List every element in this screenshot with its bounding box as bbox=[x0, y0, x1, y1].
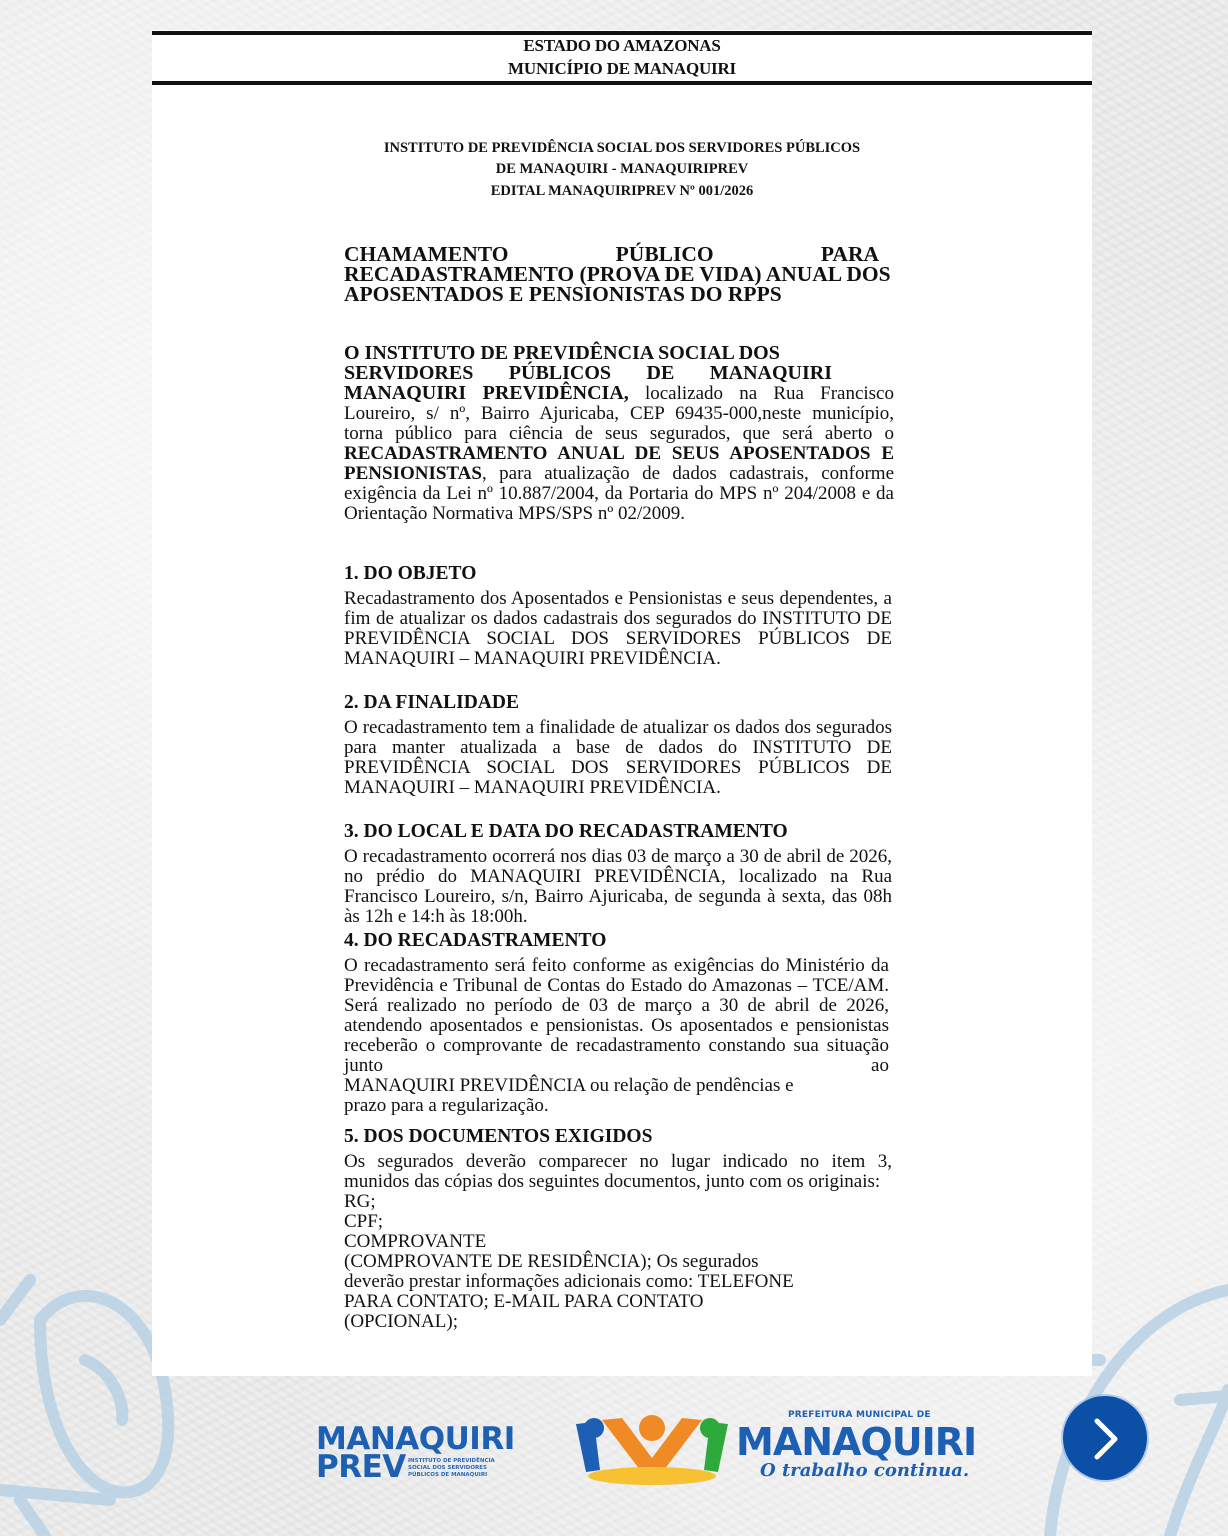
prefeitura-name: MANAQUIRI bbox=[736, 1422, 976, 1462]
prev-tagline-2: SOCIAL DOS SERVIDORES bbox=[408, 1465, 495, 1472]
edital-number: EDITAL MANAQUIRIPREV Nº 001/2026 bbox=[352, 181, 892, 203]
intro-paragraph: O INSTITUTO DE PREVIDÊNCIA SOCIAL DOS SE… bbox=[344, 343, 894, 524]
prev-tagline-3: PÚBLICOS DE MANAQUIRI bbox=[408, 1472, 495, 1479]
intro-bold-1: O INSTITUTO DE PREVIDÊNCIA SOCIAL DOS bbox=[344, 343, 894, 363]
prefeitura-label: PREFEITURA MUNICIPAL DE bbox=[788, 1410, 931, 1420]
section-2-body: O recadastramento tem a finalidade de at… bbox=[344, 718, 892, 798]
title-word-3: PARA bbox=[821, 244, 879, 264]
manaquiri-prev-logo: MANAQUIRI PREV INSTITUTO DE PREVIDÊNCIA … bbox=[316, 1424, 516, 1484]
section-4-body-tail-2: prazo para a regularização. bbox=[344, 1096, 892, 1116]
section-4-body-main: O recadastramento será feito conforme as… bbox=[344, 956, 889, 1076]
document-item-comprovante: COMPROVANTE bbox=[344, 1232, 892, 1252]
document-title: CHAMAMENTO PÚBLICO PARA RECADASTRAMENTO … bbox=[344, 244, 892, 304]
header-rule-bottom bbox=[152, 81, 1092, 85]
document-item-rg: RG; bbox=[344, 1192, 892, 1212]
prev-logo-tagline: INSTITUTO DE PREVIDÊNCIA SOCIAL DOS SERV… bbox=[408, 1458, 495, 1479]
institute-name-line2: DE MANAQUIRI - MANAQUIRIPREV bbox=[352, 159, 892, 181]
next-button[interactable] bbox=[1063, 1396, 1147, 1480]
document-item-contact: PARA CONTATO; E-MAIL PARA CONTATO bbox=[344, 1292, 892, 1312]
section-1-body: Recadastramento dos Aposentados e Pensio… bbox=[344, 589, 892, 669]
section-1-heading: 1. DO OBJETO bbox=[344, 563, 892, 585]
prefeitura-slogan: O trabalho continua. bbox=[760, 1460, 969, 1481]
intro-bold-2: SERVIDORES PÚBLICOS DE MANAQUIRI bbox=[344, 363, 832, 383]
section-4-heading: 4. DO RECADASTRAMENTO bbox=[344, 930, 892, 952]
intro-bold-3: MANAQUIRI PREVIDÊNCIA, bbox=[344, 382, 629, 404]
header-state: ESTADO DO AMAZONAS bbox=[152, 35, 1092, 57]
prev-logo-word-2: PREV bbox=[316, 1452, 406, 1482]
section-2-heading: 2. DA FINALIDADE bbox=[344, 692, 892, 714]
section-5-body: Os segurados deverão comparecer no lugar… bbox=[344, 1152, 892, 1332]
title-word-1: CHAMAMENTO bbox=[344, 244, 508, 264]
prefeitura-emblem-icon bbox=[572, 1410, 732, 1488]
section-4-body: O recadastramento será feito conforme as… bbox=[344, 956, 892, 1116]
header-municipality: MUNICÍPIO DE MANAQUIRI bbox=[152, 58, 1092, 80]
institute-name-line1: INSTITUTO DE PREVIDÊNCIA SOCIAL DOS SERV… bbox=[352, 138, 892, 160]
document-item-cpf: CPF; bbox=[344, 1212, 892, 1232]
prefeitura-manaquiri-logo: PREFEITURA MUNICIPAL DE MANAQUIRI O trab… bbox=[572, 1408, 972, 1488]
document-item-residencia: (COMPROVANTE DE RESIDÊNCIA); Os segurado… bbox=[344, 1252, 892, 1272]
title-line-3: APOSENTADOS E PENSIONISTAS DO RPPS bbox=[344, 284, 892, 304]
section-4-body-tail-1: MANAQUIRI PREVIDÊNCIA ou relação de pend… bbox=[344, 1076, 892, 1096]
section-3-heading: 3. DO LOCAL E DATA DO RECADASTRAMENTO bbox=[344, 821, 892, 843]
chevron-right-icon bbox=[1085, 1413, 1125, 1463]
prev-tagline-1: INSTITUTO DE PREVIDÊNCIA bbox=[408, 1458, 495, 1465]
document-item-optional: (OPCIONAL); bbox=[344, 1312, 892, 1332]
section-5-heading: 5. DOS DOCUMENTOS EXIGIDOS bbox=[344, 1126, 892, 1148]
document-page: ESTADO DO AMAZONAS MUNICÍPIO DE MANAQUIR… bbox=[152, 30, 1092, 1376]
document-item-info: deverão prestar informações adicionais c… bbox=[344, 1272, 892, 1292]
title-line-2: RECADASTRAMENTO (PROVA DE VIDA) ANUAL DO… bbox=[344, 264, 892, 284]
section-3-body: O recadastramento ocorrerá nos dias 03 d… bbox=[344, 847, 892, 927]
section-5-intro: Os segurados deverão comparecer no lugar… bbox=[344, 1152, 892, 1192]
title-word-2: PÚBLICO bbox=[616, 244, 714, 264]
